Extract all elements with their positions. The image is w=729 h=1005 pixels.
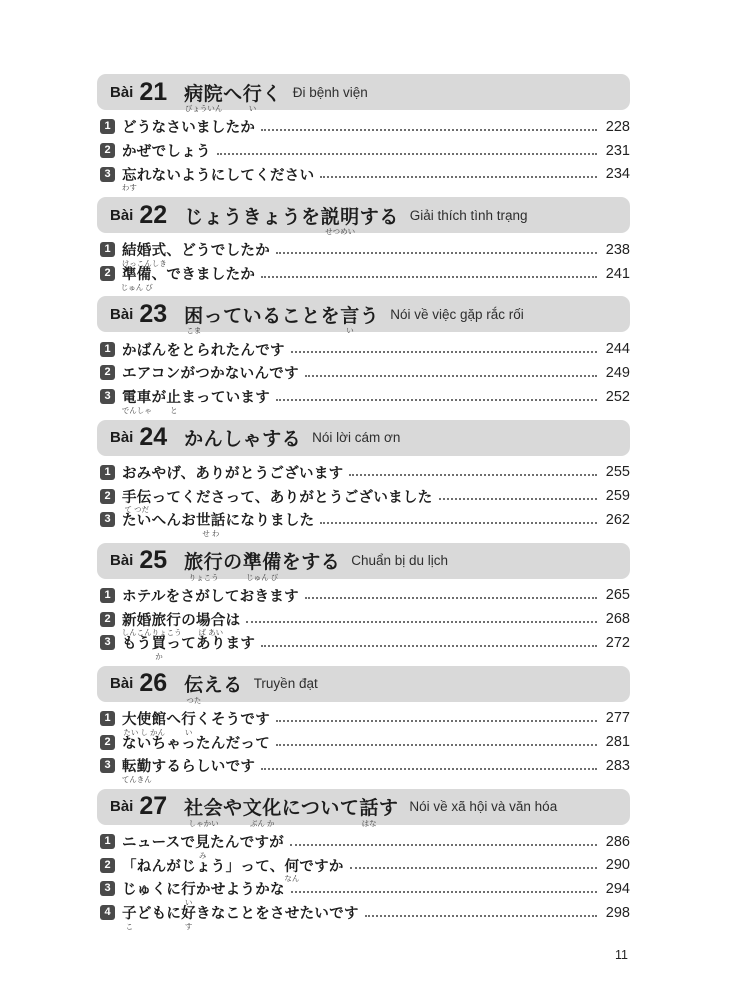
furigana: ば あい — [199, 629, 224, 637]
toc-item: 1ニュースで見みたんですが286 — [100, 830, 630, 854]
item-page-number: 252 — [602, 389, 630, 405]
item-title-jp: かぜでしょう — [122, 140, 211, 161]
lesson-title-vi: Giải thích tình trạng — [410, 208, 528, 223]
furigana: なん — [284, 875, 299, 883]
ruby-base-text: 困 — [184, 306, 204, 327]
ruby-base-text: 旅行 — [184, 552, 223, 573]
ruby-base-text: 準備 — [243, 552, 282, 573]
ruby-base-text: 文化 — [243, 798, 282, 819]
item-page-number: 231 — [602, 143, 630, 159]
text-segment: きなことをさせたいです — [196, 902, 359, 923]
ruby-segment: 場合ば あい — [196, 609, 226, 630]
furigana: み — [199, 852, 207, 860]
item-title-jp: 転勤てんきんするらしいです — [122, 755, 255, 776]
dotted-leader — [350, 867, 597, 869]
item-title-jp: どうなさいましたか — [122, 116, 255, 137]
toc-item: 3たいへんお世話せ わになりました262 — [100, 508, 630, 532]
item-number-badge: 3 — [100, 881, 115, 896]
lesson-section-22: Bài22じょうきょうを説明せつめいするGiải thích tình trạn… — [97, 197, 630, 285]
lesson-number: 21 — [139, 80, 167, 105]
ruby-base-text: 新婚旅行 — [122, 613, 181, 629]
ruby-base-text: 電車 — [122, 390, 152, 406]
furigana: せ わ — [202, 530, 219, 538]
toc-item: 1どうなさいましたか228 — [100, 115, 630, 139]
lesson-header: Bài21病院びょういんへ行いくĐi bệnh viện — [97, 74, 630, 110]
furigana: じゅん び — [246, 574, 278, 582]
text-segment: おみやげ、ありがとうございます — [122, 462, 343, 483]
lesson-header: Bài27社会しゃかいや文化ぶん かについて話はなすNói về xã hội … — [97, 789, 630, 825]
ruby-base-text: 何 — [285, 859, 300, 875]
toc-item: 3転勤てんきんするらしいです283 — [100, 754, 630, 778]
ruby-base-text: 見 — [195, 835, 210, 851]
furigana: こ — [126, 923, 134, 931]
ruby-base-text: 説明 — [321, 207, 360, 228]
ruby-segment: 好す — [181, 902, 196, 923]
ruby-segment: 困こま — [184, 301, 204, 328]
furigana: す — [185, 923, 193, 931]
lesson-title-jp: 病院びょういんへ行いく — [184, 79, 282, 106]
text-segment: かばんをとられたんです — [122, 339, 285, 360]
text-segment: について — [282, 793, 360, 820]
lesson-label: Bài — [110, 798, 133, 815]
dotted-leader — [305, 597, 597, 599]
ruby-base-text: 準備 — [122, 267, 152, 283]
ruby-segment: 結婚式けっこんしき — [122, 239, 166, 260]
item-page-number: 262 — [602, 512, 630, 528]
item-number-badge: 1 — [100, 834, 115, 849]
item-number-badge: 1 — [100, 588, 115, 603]
text-segment: える — [204, 670, 243, 697]
ruby-segment: 準備じゅん び — [122, 263, 152, 284]
ruby-segment: 行い — [181, 708, 196, 729]
toc-item-list: 1ホテルをさがしておきます2652新婚旅行しんこんりょこうの場合ば あいは268… — [97, 584, 630, 655]
toc-item-list: 1結婚式けっこんしき、どうでしたか2382準備じゅん び、できましたか241 — [97, 238, 630, 285]
lesson-title-vi: Nói lời cám ơn — [312, 430, 400, 445]
text-segment: まっています — [181, 386, 270, 407]
item-page-number: 238 — [602, 242, 630, 258]
toc-content: Bài21病院びょういんへ行いくĐi bệnh viện1どうなさいましたか22… — [97, 74, 630, 935]
item-page-number: 286 — [602, 834, 630, 850]
lesson-section-25: Bài25旅行りょこうの準備じゅん びをするChuẩn bị du lịch1ホ… — [97, 543, 630, 655]
lesson-number: 22 — [139, 203, 167, 228]
text-segment: じゅくに — [122, 878, 181, 899]
furigana: か — [155, 653, 163, 661]
ruby-base-text: 病院 — [184, 84, 223, 105]
lesson-title-vi: Đi bệnh viện — [293, 85, 368, 100]
item-title-jp: 新婚旅行しんこんりょこうの場合ば あいは — [122, 609, 240, 630]
ruby-base-text: 買 — [152, 636, 167, 652]
toc-item-list: 1おみやげ、ありがとうございます2552手伝て つだってくださって、ありがとうご… — [97, 461, 630, 532]
toc-item: 1かばんをとられたんです244 — [100, 337, 630, 361]
item-page-number: 272 — [602, 635, 630, 651]
text-segment: れないようにしてください — [137, 164, 315, 185]
furigana: い — [249, 105, 257, 113]
item-page-number: 249 — [602, 365, 630, 381]
item-number-badge: 2 — [100, 612, 115, 627]
dotted-leader — [276, 252, 597, 254]
furigana: て つだ — [125, 506, 150, 514]
lesson-section-27: Bài27社会しゃかいや文化ぶん かについて話はなすNói về xã hội … — [97, 789, 630, 925]
toc-item: 3じゅくに行いかせようかな294 — [100, 877, 630, 901]
text-segment: の — [223, 547, 243, 574]
furigana: こま — [186, 327, 201, 335]
toc-item: 3電車でんしゃが止とまっています252 — [100, 385, 630, 409]
item-number-badge: 1 — [100, 342, 115, 357]
dotted-leader — [290, 844, 597, 846]
text-segment: は — [226, 609, 241, 630]
text-segment: する — [360, 202, 399, 229]
ruby-segment: 伝つた — [184, 670, 204, 697]
dotted-leader — [305, 375, 597, 377]
item-number-badge: 1 — [100, 119, 115, 134]
lesson-label: Bài — [110, 675, 133, 692]
ruby-segment: 電車でんしゃ — [122, 386, 152, 407]
lesson-title-jp: じょうきょうを説明せつめいする — [184, 202, 399, 229]
dotted-leader — [320, 176, 597, 178]
item-title-jp: 準備じゅん び、できましたか — [122, 263, 255, 284]
lesson-title-vi: Chuẩn bị du lịch — [351, 553, 448, 568]
lesson-section-26: Bài26伝つたえるTruyền đạt1大使館たい し かんへ行いくそうです2… — [97, 666, 630, 778]
ruby-base-text: 言 — [340, 306, 360, 327]
furigana: はな — [362, 820, 377, 828]
toc-item: 1おみやげ、ありがとうございます255 — [100, 461, 630, 485]
ruby-segment: 新婚旅行しんこんりょこう — [122, 609, 181, 630]
ruby-base-text: 転勤 — [122, 759, 152, 775]
item-page-number: 228 — [602, 119, 630, 135]
ruby-segment: 旅行りょこう — [184, 547, 223, 574]
item-page-number: 268 — [602, 611, 630, 627]
ruby-base-text: 止 — [166, 390, 181, 406]
toc-item-list: 1大使館たい し かんへ行いくそうです2772ないちゃったんだって2813転勤て… — [97, 707, 630, 778]
text-segment: ですか — [299, 855, 343, 876]
ruby-segment: 文化ぶん か — [243, 793, 282, 820]
toc-item-list: 1かばんをとられたんです2442エアコンがつかないんです2493電車でんしゃが止… — [97, 337, 630, 408]
ruby-segment: 説明せつめい — [321, 202, 360, 229]
ruby-segment: 何なん — [285, 855, 300, 876]
dotted-leader — [261, 276, 597, 278]
item-title-jp: じゅくに行いかせようかな — [122, 878, 285, 899]
item-number-badge: 2 — [100, 365, 115, 380]
lesson-title-jp: かんしゃする — [184, 424, 301, 451]
lesson-header: Bài22じょうきょうを説明せつめいするGiải thích tình trạn… — [97, 197, 630, 233]
item-page-number: 234 — [602, 166, 630, 182]
dotted-leader — [261, 129, 597, 131]
dotted-leader — [276, 399, 597, 401]
ruby-base-text: 世話 — [196, 513, 226, 529]
ruby-segment: 社会しゃかい — [184, 793, 223, 820]
lesson-header: Bài26伝つたえるTruyền đạt — [97, 666, 630, 702]
ruby-base-text: 行 — [243, 84, 263, 105]
ruby-base-text: 手伝 — [122, 490, 152, 506]
dotted-leader — [217, 153, 597, 155]
toc-item: 2新婚旅行しんこんりょこうの場合ば あいは268 — [100, 607, 630, 631]
item-page-number: 294 — [602, 881, 630, 897]
text-segment: の — [181, 609, 196, 630]
dotted-leader — [349, 474, 597, 476]
item-title-jp: 「ねんがじょう」って、何なんですか — [122, 855, 344, 876]
text-segment: かせようかな — [196, 878, 285, 899]
furigana: じゅん び — [121, 284, 153, 292]
item-number-badge: 2 — [100, 489, 115, 504]
item-number-badge: 2 — [100, 143, 115, 158]
text-segment: へ — [223, 79, 243, 106]
item-page-number: 283 — [602, 758, 630, 774]
ruby-base-text: 社会 — [184, 798, 223, 819]
item-number-badge: 3 — [100, 758, 115, 773]
ruby-segment: 準備じゅん び — [243, 547, 282, 574]
ruby-segment: 行い — [181, 878, 196, 899]
ruby-base-text: 子 — [122, 906, 137, 922]
item-title-jp: ホテルをさがしておきます — [122, 585, 299, 606]
ruby-segment: 世話せ わ — [196, 509, 226, 530]
toc-item: 1大使館たい し かんへ行いくそうです277 — [100, 707, 630, 731]
lesson-title-jp: 社会しゃかいや文化ぶん かについて話はなす — [184, 793, 398, 820]
ruby-base-text: 場合 — [196, 613, 226, 629]
lesson-label: Bài — [110, 552, 133, 569]
item-page-number: 298 — [602, 905, 630, 921]
text-segment: ニュースで — [122, 831, 195, 852]
toc-item: 2「ねんがじょう」って、何なんですか290 — [100, 853, 630, 877]
item-title-jp: たいへんお世話せ わになりました — [122, 509, 314, 530]
toc-item: 2かぜでしょう231 — [100, 139, 630, 163]
toc-item: 3忘わすれないようにしてください234 — [100, 162, 630, 186]
item-page-number: 290 — [602, 857, 630, 873]
item-number-badge: 1 — [100, 711, 115, 726]
ruby-base-text: 行 — [181, 882, 196, 898]
furigana: でんしゃ — [122, 407, 152, 415]
dotted-leader — [276, 744, 597, 746]
ruby-base-text: 大使館 — [122, 712, 166, 728]
furigana: たい し かん — [123, 729, 165, 737]
item-number-badge: 2 — [100, 858, 115, 873]
item-title-jp: 結婚式けっこんしき、どうでしたか — [122, 239, 270, 260]
lesson-label: Bài — [110, 429, 133, 446]
dotted-leader — [320, 522, 597, 524]
furigana: せつめい — [325, 228, 355, 236]
furigana: りょこう — [189, 574, 219, 582]
lesson-section-23: Bài23困こまっていることを言いうNói về việc gặp rắc rố… — [97, 296, 630, 408]
item-number-badge: 1 — [100, 242, 115, 257]
item-number-badge: 2 — [100, 266, 115, 281]
toc-item: 2準備じゅん び、できましたか241 — [100, 262, 630, 286]
lesson-number: 26 — [139, 671, 167, 696]
text-segment: す — [379, 793, 399, 820]
toc-item: 2エアコンがつかないんです249 — [100, 361, 630, 385]
ruby-segment: 止と — [166, 386, 181, 407]
text-segment: く — [262, 79, 282, 106]
dotted-leader — [365, 915, 597, 917]
text-segment: 、どうでしたか — [166, 239, 270, 260]
text-segment: くそうです — [196, 708, 270, 729]
furigana: ぶん か — [250, 820, 275, 828]
ruby-segment: 言い — [340, 301, 360, 328]
text-segment: するらしいです — [152, 755, 256, 776]
dotted-leader — [261, 645, 597, 647]
item-title-jp: 電車でんしゃが止とまっています — [122, 386, 270, 407]
text-segment: かぜでしょう — [122, 140, 211, 161]
toc-item-list: 1どうなさいましたか2282かぜでしょう2313忘わすれないようにしてください2… — [97, 115, 630, 186]
lesson-label: Bài — [110, 207, 133, 224]
item-page-number: 277 — [602, 710, 630, 726]
lesson-label: Bài — [110, 306, 133, 323]
item-page-number: 241 — [602, 266, 630, 282]
toc-item: 4子こどもに好すきなことをさせたいです298 — [100, 901, 630, 925]
ruby-segment: 忘わす — [122, 164, 137, 185]
text-segment: じょうきょうを — [184, 202, 321, 229]
ruby-segment: 病院びょういん — [184, 79, 223, 106]
ruby-base-text: 好 — [181, 906, 196, 922]
text-segment: が — [152, 386, 167, 407]
ruby-segment: 転勤てんきん — [122, 755, 152, 776]
item-title-jp: 忘わすれないようにしてください — [122, 164, 314, 185]
furigana: と — [170, 407, 178, 415]
dotted-leader — [439, 498, 597, 500]
item-title-jp: 手伝て つだってくださって、ありがとうございました — [122, 486, 433, 507]
toc-item: 1ホテルをさがしておきます265 — [100, 584, 630, 608]
lesson-number: 27 — [139, 794, 167, 819]
lesson-title-jp: 困こまっていることを言いう — [184, 301, 379, 328]
ruby-base-text: 結婚式 — [122, 243, 166, 259]
lesson-title-jp: 伝つたえる — [184, 670, 243, 697]
text-segment: かんしゃする — [184, 424, 301, 451]
text-segment: たんですが — [210, 831, 284, 852]
ruby-base-text: 忘 — [122, 168, 137, 184]
item-title-jp: 子こどもに好すきなことをさせたいです — [122, 902, 359, 923]
furigana: い — [185, 729, 193, 737]
lesson-number: 24 — [139, 425, 167, 450]
item-title-jp: 大使館たい し かんへ行いくそうです — [122, 708, 270, 729]
item-number-badge: 4 — [100, 905, 115, 920]
lesson-title-vi: Nói về việc gặp rắc rối — [390, 307, 524, 322]
text-segment: ホテルをさがしておきます — [122, 585, 299, 606]
ruby-segment: 大使館たい し かん — [122, 708, 166, 729]
ruby-segment: 手伝て つだ — [122, 486, 152, 507]
lesson-label: Bài — [110, 84, 133, 101]
furigana: しゃかい — [189, 820, 219, 828]
item-page-number: 255 — [602, 464, 630, 480]
item-page-number: 244 — [602, 341, 630, 357]
dotted-leader — [261, 768, 597, 770]
lesson-header: Bài24かんしゃするNói lời cám ơn — [97, 420, 630, 456]
lesson-title-vi: Truyền đạt — [254, 676, 318, 691]
text-segment: をする — [282, 547, 341, 574]
furigana: わす — [122, 184, 137, 192]
lesson-section-21: Bài21病院びょういんへ行いくĐi bệnh viện1どうなさいましたか22… — [97, 74, 630, 186]
ruby-segment: 話はな — [359, 793, 379, 820]
ruby-segment: 子こ — [122, 902, 137, 923]
text-segment: へ — [166, 708, 181, 729]
item-page-number: 265 — [602, 587, 630, 603]
lesson-header: Bài23困こまっていることを言いうNói về việc gặp rắc rố… — [97, 296, 630, 332]
item-title-jp: エアコンがつかないんです — [122, 362, 299, 383]
page-number: 11 — [615, 948, 628, 962]
ruby-segment: 買か — [152, 632, 167, 653]
lesson-number: 25 — [139, 548, 167, 573]
ruby-base-text: 行 — [181, 712, 196, 728]
item-number-badge: 1 — [100, 465, 115, 480]
lesson-title-jp: 旅行りょこうの準備じゅん びをする — [184, 547, 340, 574]
text-segment: どうなさいましたか — [122, 116, 255, 137]
lesson-title-vi: Nói về xã hội và văn hóa — [409, 799, 557, 814]
item-title-jp: おみやげ、ありがとうございます — [122, 462, 343, 483]
text-segment: どもに — [137, 902, 181, 923]
item-title-jp: ニュースで見みたんですが — [122, 831, 284, 852]
furigana: い — [346, 327, 354, 335]
furigana: てんきん — [122, 776, 152, 784]
toc-item: 1結婚式けっこんしき、どうでしたか238 — [100, 238, 630, 262]
item-number-badge: 3 — [100, 167, 115, 182]
text-segment: や — [223, 793, 243, 820]
text-segment: 、できましたか — [152, 263, 256, 284]
text-segment: う — [360, 301, 380, 328]
item-number-badge: 3 — [100, 512, 115, 527]
toc-item: 2手伝て つだってくださって、ありがとうございました259 — [100, 484, 630, 508]
dotted-leader — [276, 720, 597, 722]
text-segment: エアコンがつかないんです — [122, 362, 299, 383]
furigana: びょういん — [185, 105, 223, 113]
ruby-segment: 見み — [195, 831, 210, 852]
lesson-number: 23 — [139, 302, 167, 327]
item-number-badge: 2 — [100, 735, 115, 750]
text-segment: ってくださって、ありがとうございました — [152, 486, 433, 507]
toc-item: 2ないちゃったんだって281 — [100, 730, 630, 754]
lesson-header: Bài25旅行りょこうの準備じゅん びをするChuẩn bị du lịch — [97, 543, 630, 579]
item-page-number: 281 — [602, 734, 630, 750]
item-page-number: 259 — [602, 488, 630, 504]
dotted-leader — [291, 351, 597, 353]
toc-item-list: 1ニュースで見みたんですが2862「ねんがじょう」って、何なんですか2903じゅ… — [97, 830, 630, 925]
item-title-jp: かばんをとられたんです — [122, 339, 285, 360]
text-segment: になりました — [226, 509, 315, 530]
ruby-segment: 行い — [243, 79, 263, 106]
ruby-base-text: 伝 — [184, 675, 204, 696]
ruby-base-text: 話 — [359, 798, 379, 819]
lesson-section-24: Bài24かんしゃするNói lời cám ơn1おみやげ、ありがとうございま… — [97, 420, 630, 532]
dotted-leader — [291, 891, 597, 893]
furigana: つた — [186, 697, 201, 705]
item-number-badge: 3 — [100, 635, 115, 650]
text-segment: っていることを — [204, 301, 341, 328]
dotted-leader — [246, 621, 597, 623]
item-number-badge: 3 — [100, 389, 115, 404]
